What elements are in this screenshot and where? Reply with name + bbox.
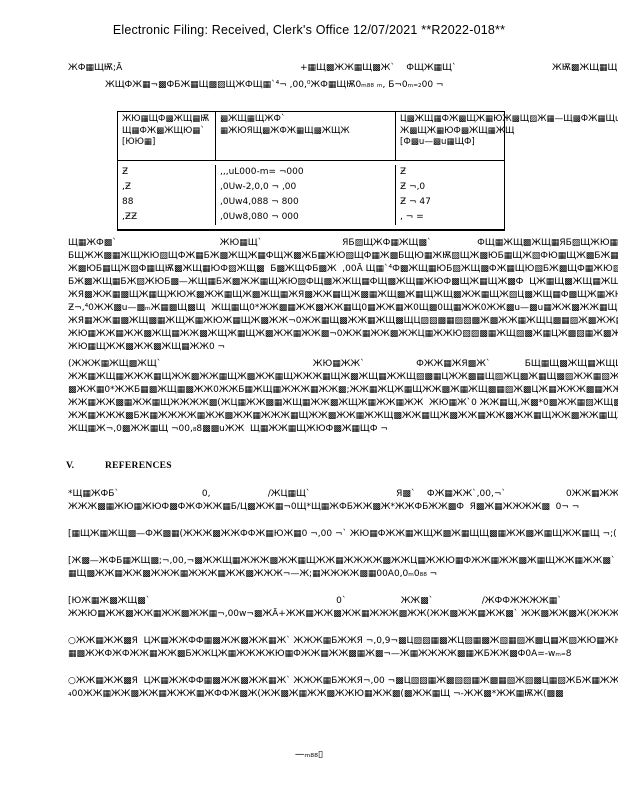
data-table: ЖЮ▦ЩФ▩ЖЩ▦Ѭ Щ▦ФЖ▩ЖЩЮ▦` [ЮЮ▦] ▩ЖЩ▦ЩЖФ` ▦ЖЮ…: [117, 111, 505, 231]
table-row: ,ƵƵ ,0Uw8,080 ¬ 000 , ¬ =: [118, 210, 504, 225]
table-row: Ƶ ,,,uL000-m= ¬000 Ƶ: [118, 165, 504, 180]
reference-entry: ○ЖЖ▦ЖЖ▩Я ЦЖ▦ЖЖФФ▦▩ЖЖ▩ЖЖ▦Ж` ЖЖЖ▦БЖЖЯ ¬,0,…: [68, 635, 618, 661]
table-header-col2: ▩ЖЩ▦ЩЖФ` ▦ЖЮЯЩ▩ЖФЖ▦Щ▩ЖЩЖ: [215, 112, 395, 160]
section-number: V.: [66, 461, 74, 471]
body-paragraph-2: (ЖЖЖ▦ЖЩ▩ЖЩ` ЖЮ▦ЖЖ` ФЖЖ▦ЖЯ▩Ж` БЩ▦Щ▩ЖЩ▦ЖЩЩ…: [68, 358, 618, 438]
table-cell-col3: Ƶ ¬ 47: [395, 195, 504, 210]
section-title: REFERENCES: [105, 461, 172, 471]
reference-entry: [▦ЩЖ▦ЖЩ▩—ФЖ▩▦(ЖЖЖ▩ЖЖФФЖ▦ЮЖ▦0 ¬,00 ¬` ЖЮ▦…: [68, 528, 618, 541]
table-cell-col2: ,0Uw4,088 ¬ 800: [215, 195, 395, 210]
table-cell-col3: Ƶ: [395, 165, 504, 180]
reference-entry: *Щ▦ЖФБ` 0, /ЖЦ▦Щ` Я▩` ФЖ▦ЖЖ`,00,¬` 0ЖЖ▦Ж…: [68, 488, 618, 514]
body-paragraph-1: Щ▦ЖФ▩` ЖЮ▦Щ` ЯБ▨ЩЖФ▦ЖЩ▩` ФЩ▦ЖЩ▩ЖЩ▦ЯБ▨ЩЖЮ…: [68, 237, 618, 356]
document-page: Electronic Filing: Received, Clerk's Off…: [0, 0, 618, 800]
table-row: 88 ,0Uw4,088 ¬ 800 Ƶ ¬ 47: [118, 195, 504, 210]
preamble-left-text: ЖФ▦ЩѬ;Ā: [68, 62, 122, 75]
table-cell-col1: ,ƵƵ: [118, 210, 215, 225]
table-cell-col3: Ƶ ¬,0: [395, 180, 504, 195]
reference-entry: [ЮЖ▦Ж▩ЖЩ▩` 0` ЖЖ▩` /ЖФФЖЖЖЖ▦` ЖЖЮ▦ЖЖ▩ЖЖ▦…: [68, 595, 618, 621]
table-row: ,Ƶ ,0Uw-2,0,0 ¬ ,00 Ƶ ¬,0: [118, 180, 504, 195]
filing-header-title: Electronic Filing: Received, Clerk's Off…: [0, 23, 618, 37]
table-cell-col3: , ¬ =: [395, 210, 504, 225]
preamble-line2: ЖЩФЖ▦¬▩ФБЖ▦Щ▩▨ЩЖФЩ▦`⁴¬ ,00,⁰ЖФ▦ЩѬ0ₘ₈₈ ₘ,…: [105, 79, 443, 92]
table-header-col3: Ц▩ЖЩ▦ФЖ▩ЩЖ▦ЮЖ▩Щ▨Ж▦—Щ▩ФЖ▦ЩuЯѬ Ж▩ЩЖ▦ЮФ▩ЖЩ▦…: [395, 112, 504, 160]
reference-entry: [Ж▩—ЖФБ▦ЖЩ▩;¬,00,¬▩ЖЖЩ▦ЖЖЖ▩ЖЖ▦ЩЖЖ▦ЖЖЖЖ▩Ж…: [68, 555, 618, 581]
table-cell-col1: 88: [118, 195, 215, 210]
table-cell-col1: Ƶ: [118, 165, 215, 180]
references-heading: V. REFERENCES: [0, 461, 618, 474]
page-number: —ₘ₈₈▯: [0, 748, 618, 761]
table-cell-col1: ,Ƶ: [118, 180, 215, 195]
table-body: Ƶ ,,,uL000-m= ¬000 Ƶ ,Ƶ ,0Uw-2,0,0 ¬ ,00…: [118, 161, 504, 229]
reference-entry: ○ЖЖ▦ЖЖ▩Я ЦЖ▦ЖЖФФ▦▩ЖЖ▩ЖЖ▦Ж` ЖЖЖ▦БЖЖЯ¬,00 …: [68, 675, 618, 701]
table-cell-col2: ,0Uw8,080 ¬ 000: [215, 210, 395, 225]
table-cell-col2: ,0Uw-2,0,0 ¬ ,00: [215, 180, 395, 195]
table-header-col1: ЖЮ▦ЩФ▩ЖЩ▦Ѭ Щ▦ФЖ▩ЖЩЮ▦` [ЮЮ▦]: [118, 112, 215, 160]
preamble-center-text: +▦Щ▩ЖЖ▦Щ▩Ж` ФЩЖ▦Щ`: [300, 62, 456, 75]
table-cell-col2: ,,,uL000-m= ¬000: [215, 165, 395, 180]
table-header-row: ЖЮ▦ЩФ▩ЖЩ▦Ѭ Щ▦ФЖ▩ЖЩЮ▦` [ЮЮ▦] ▩ЖЩ▦ЩЖФ` ▦ЖЮ…: [118, 112, 504, 161]
references-list: *Щ▦ЖФБ` 0, /ЖЦ▦Щ` Я▩` ФЖ▦ЖЖ`,00,¬` 0ЖЖ▦Ж…: [68, 488, 618, 718]
preamble-line1: ЖФ▦ЩѬ;Ā +▦Щ▩ЖЖ▦Щ▩Ж` ФЩЖ▦Щ` ЖѬ▩ЖЩ▦Щ▩: [0, 62, 618, 75]
preamble-right-text: ЖѬ▩ЖЩ▦Щ▩: [552, 62, 618, 75]
